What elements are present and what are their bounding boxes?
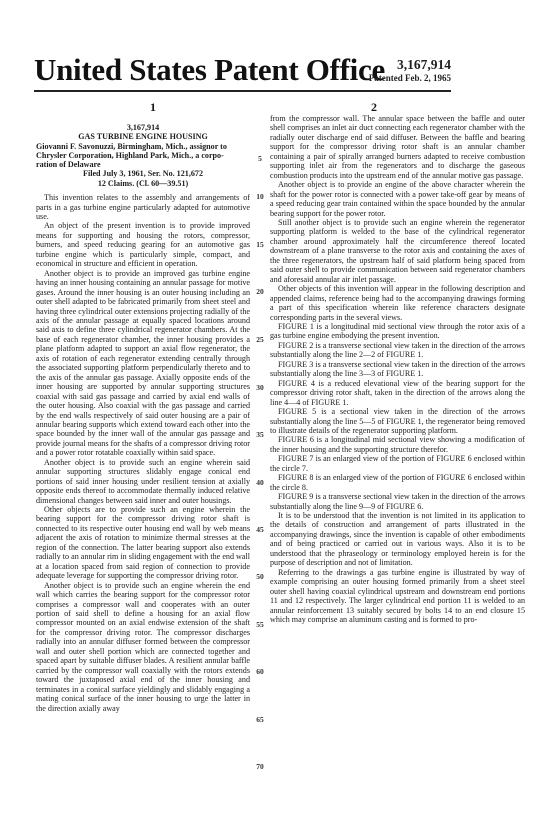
line-number: 50 xyxy=(254,572,266,581)
patent-number-header: 3,167,914 xyxy=(397,57,451,73)
line-number: 60 xyxy=(254,667,266,676)
front-patent-number: 3,167,914 xyxy=(36,123,250,132)
paragraph: Still another object is to provide such … xyxy=(270,218,525,284)
figure-description: FIGURE 2 is a transverse sectional view … xyxy=(270,341,525,360)
paragraph: This invention relates to the assembly a… xyxy=(36,193,250,221)
figure-description: FIGURE 3 is a transverse sectional view … xyxy=(270,360,525,379)
figure-description: FIGURE 8 is an enlarged view of the port… xyxy=(270,473,525,492)
right-column: from the compressor wall. The annular sp… xyxy=(270,114,525,624)
line-number: 15 xyxy=(254,240,266,249)
line-number: 25 xyxy=(254,335,266,344)
paragraph: An object of the present invention is to… xyxy=(36,221,250,268)
column-number-2: 2 xyxy=(371,100,377,115)
paragraph: from the compressor wall. The annular sp… xyxy=(270,114,525,180)
paragraph: Another object is to provide such an eng… xyxy=(36,581,250,713)
patent-office-title: United States Patent Office xyxy=(34,52,385,88)
paragraph: Other objects are to provide such an eng… xyxy=(36,505,250,581)
paragraph: It is to be understood that the inventio… xyxy=(270,511,525,568)
line-number: 5 xyxy=(254,154,266,163)
line-number: 35 xyxy=(254,430,266,439)
patented-date: Patented Feb. 2, 1965 xyxy=(369,73,451,83)
line-number: 40 xyxy=(254,478,266,487)
paragraph: Another object is to provide such an eng… xyxy=(36,458,250,505)
filing-info: Filed July 3, 1961, Ser. No. 121,672 xyxy=(36,169,250,178)
figure-description: FIGURE 9 is a transverse sectional view … xyxy=(270,492,525,511)
line-number: 55 xyxy=(254,620,266,629)
inventor-line-3: ration of Delaware xyxy=(36,160,250,169)
line-number: 45 xyxy=(254,525,266,534)
front-matter: 3,167,914 GAS TURBINE ENGINE HOUSING Gio… xyxy=(36,123,250,188)
paragraph: Another object is to provide an improved… xyxy=(36,269,250,458)
line-number: 70 xyxy=(254,762,266,771)
line-number: 65 xyxy=(254,715,266,724)
claims-info: 12 Claims. (Cl. 60—39.51) xyxy=(36,179,250,188)
figure-description: FIGURE 7 is an enlarged view of the port… xyxy=(270,454,525,473)
line-number: 10 xyxy=(254,192,266,201)
header-rule xyxy=(34,90,451,92)
figure-description: FIGURE 4 is a reduced elevational view o… xyxy=(270,379,525,407)
figure-description: FIGURE 1 is a longitudinal mid sectional… xyxy=(270,322,525,341)
paragraph: Referring to the drawings a gas turbine … xyxy=(270,568,525,625)
inventor-line-1: Giovanni F. Savonuzzi, Birmingham, Mich.… xyxy=(36,142,250,151)
figure-description: FIGURE 6 is a longitudinal mid sectional… xyxy=(270,435,525,454)
paragraph: Another object is to provide an engine o… xyxy=(270,180,525,218)
inventor-line-2: Chrysler Corporation, Highland Park, Mic… xyxy=(36,151,250,160)
line-number: 30 xyxy=(254,383,266,392)
invention-title: GAS TURBINE ENGINE HOUSING xyxy=(36,132,250,141)
left-column: 3,167,914 GAS TURBINE ENGINE HOUSING Gio… xyxy=(36,123,250,713)
paragraph: Other objects of this invention will app… xyxy=(270,284,525,322)
column-number-1: 1 xyxy=(150,100,156,115)
figure-description: FIGURE 5 is a sectional view taken in th… xyxy=(270,407,525,435)
line-number: 20 xyxy=(254,287,266,296)
